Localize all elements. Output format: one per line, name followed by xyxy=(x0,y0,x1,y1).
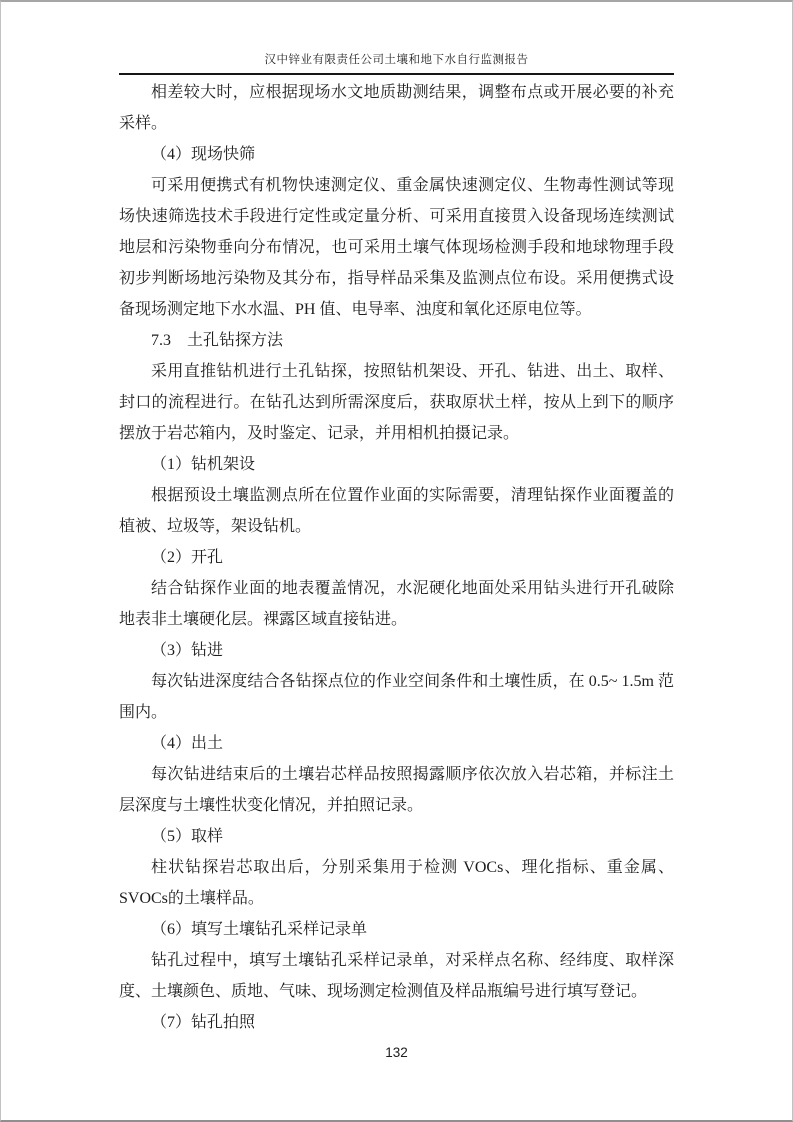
list-item-heading: （1）钻机架设 xyxy=(119,449,674,480)
paragraph: 根据预设土壤监测点所在位置作业面的实际需要，清理钻探作业面覆盖的植被、垃圾等，架… xyxy=(119,480,674,542)
list-item-heading: （4）现场快筛 xyxy=(119,139,674,170)
paragraph: 采用直推钻机进行土孔钻探，按照钻机架设、开孔、钻进、出土、取样、封口的流程进行。… xyxy=(119,356,674,449)
section-heading: 7.3 土孔钻探方法 xyxy=(119,325,674,356)
page-body: 汉中锌业有限责任公司土壤和地下水自行监测报告 相差较大时，应根据现场水文地质勘测… xyxy=(1,2,792,1120)
page-header-title: 汉中锌业有限责任公司土壤和地下水自行监测报告 xyxy=(119,53,674,75)
paragraph: 结合钻探作业面的地表覆盖情况，水泥硬化地面处采用钻头进行开孔破除地表非土壤硬化层… xyxy=(119,573,674,635)
paragraph: 相差较大时，应根据现场水文地质勘测结果，调整布点或开展必要的补充采样。 xyxy=(119,77,674,139)
list-item-heading: （4）出土 xyxy=(119,728,674,759)
list-item-heading: （7）钻孔拍照 xyxy=(119,1007,674,1038)
paragraph: 可采用便携式有机物快速测定仪、重金属快速测定仪、生物毒性测试等现场快速筛选技术手… xyxy=(119,170,674,325)
list-item-heading: （5）取样 xyxy=(119,821,674,852)
report-page: 汉中锌业有限责任公司土壤和地下水自行监测报告 相差较大时，应根据现场水文地质勘测… xyxy=(0,0,793,1122)
paragraph: 每次钻进深度结合各钻探点位的作业空间条件和土壤性质，在 0.5~ 1.5m 范围… xyxy=(119,666,674,728)
list-item-heading: （2）开孔 xyxy=(119,542,674,573)
list-item-heading: （3）钻进 xyxy=(119,635,674,666)
list-item-heading: （6）填写土壤钻孔采样记录单 xyxy=(119,914,674,945)
paragraph: 钻孔过程中，填写土壤钻孔采样记录单，对采样点名称、经纬度、取样深度、土壤颜色、质… xyxy=(119,945,674,1007)
document-body: 相差较大时，应根据现场水文地质勘测结果，调整布点或开展必要的补充采样。（4）现场… xyxy=(119,77,674,1038)
paragraph: 每次钻进结束后的土壤岩芯样品按照揭露顺序依次放入岩芯箱，并标注土层深度与土壤性状… xyxy=(119,759,674,821)
page-number: 132 xyxy=(119,1045,674,1061)
paragraph: 柱状钻探岩芯取出后，分别采集用于检测 VOCs、理化指标、重金属、SVOCs的土… xyxy=(119,852,674,914)
